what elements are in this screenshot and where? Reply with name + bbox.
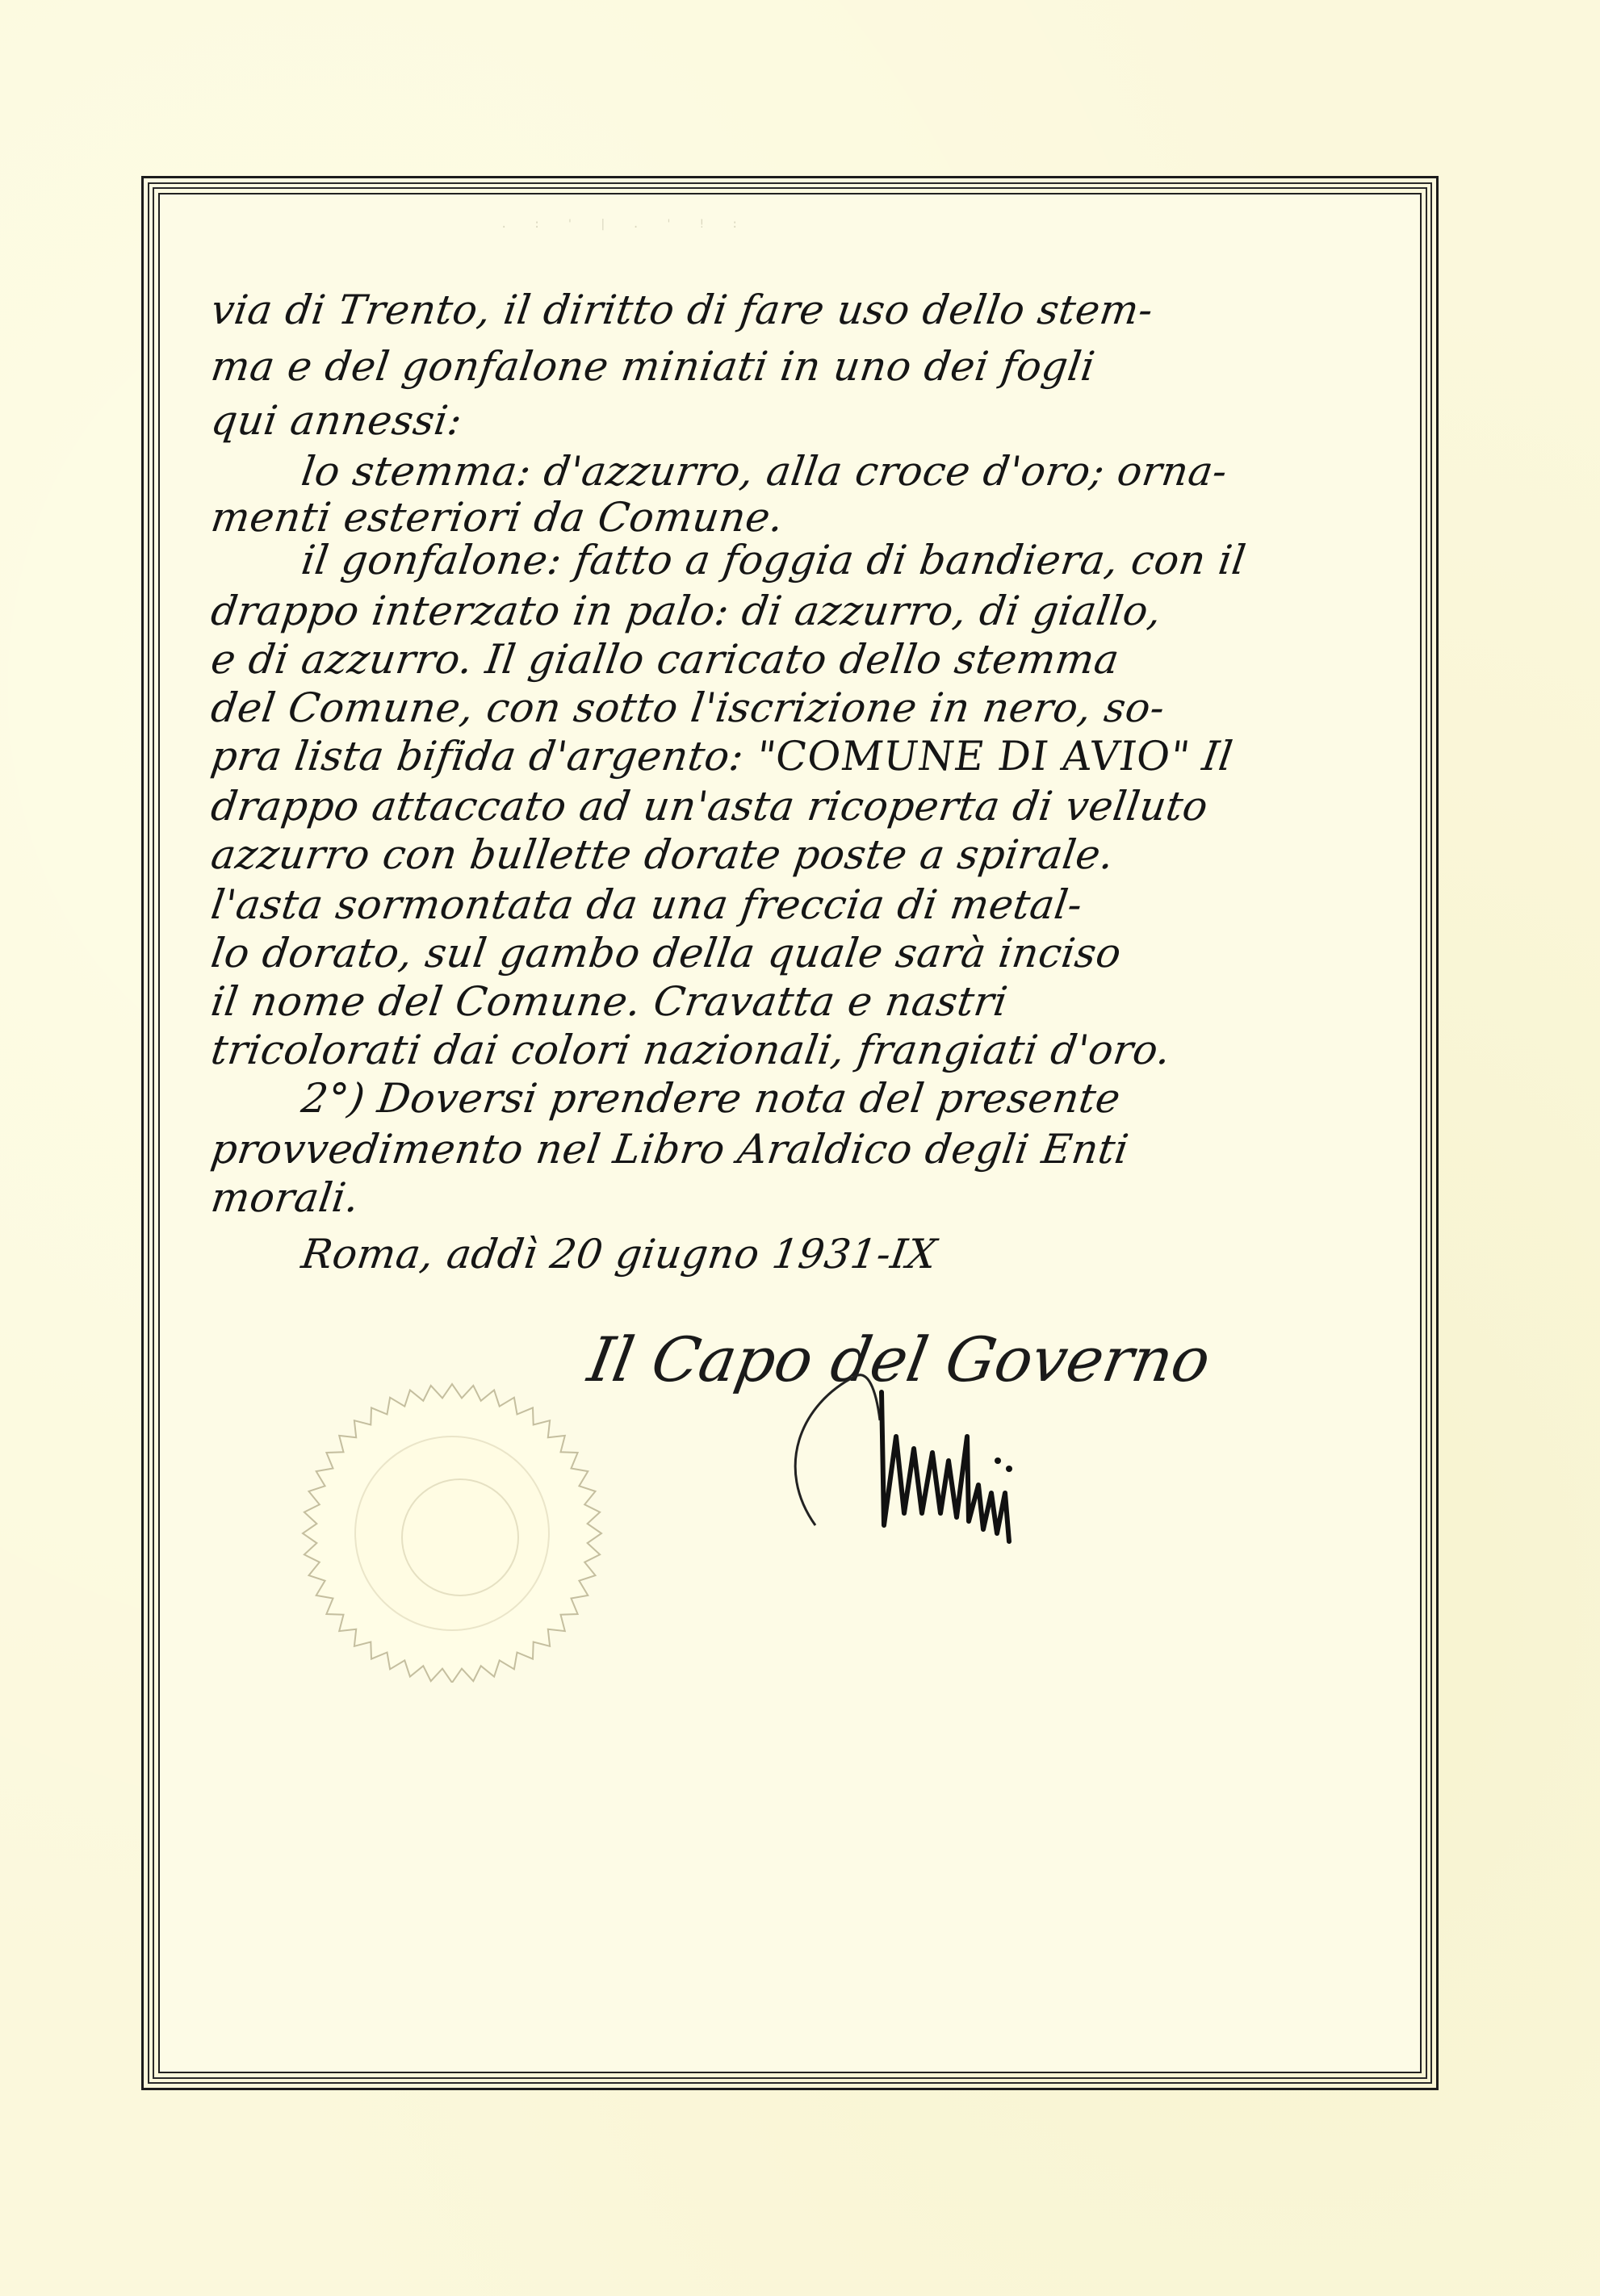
place-date: Roma, addì 20 giugno 1931-IX <box>299 1231 940 1278</box>
body-line: il nome del Comune. Cravatta e nastri <box>208 978 1011 1025</box>
body-line-article-2: 2°) Doversi prendere nota del presente <box>299 1075 1124 1122</box>
body-line: drappo interzato in palo: di azzurro, di… <box>208 588 1165 634</box>
body-line: menti esteriori da Comune. <box>208 494 786 541</box>
body-line-stemma: lo stemma: d'azzurro, alla croce d'oro; … <box>299 448 1230 495</box>
body-line-gonfalone: il gonfalone: fatto a foggia di bandiera… <box>299 537 1249 583</box>
body-line: ma e del gonfalone miniati in uno dei fo… <box>208 343 1098 390</box>
body-line: qui annessi: <box>208 397 465 444</box>
bleed-through-marks: . : ' | . ' ! : <box>501 218 759 274</box>
inscription-suffix: " Il <box>1167 733 1236 780</box>
inscription-prefix: pra lista bifida d'argento: " <box>208 733 779 780</box>
body-line: azzurro con bullette dorate poste a spir… <box>208 831 1117 878</box>
body-line: drappo attaccato ad un'asta ricoperta di… <box>208 783 1211 830</box>
body-line: via di Trento, il diritto di fare uso de… <box>208 286 1156 333</box>
embossed-seal <box>299 1376 605 1683</box>
body-line: lo dorato, sul gambo della quale sarà in… <box>208 930 1125 977</box>
body-line-inscription: pra lista bifida d'argento: "COMUNE DI A… <box>208 733 1236 780</box>
body-line: l'asta sormontata da una freccia di meta… <box>208 881 1085 928</box>
body-line: e di azzurro. Il giallo caricato dello s… <box>208 636 1122 683</box>
body-line: morali. <box>208 1174 362 1221</box>
inscription-text: COMUNE DI AVIO <box>773 733 1174 780</box>
body-line: tricolorati dai colori nazionali, frangi… <box>208 1027 1174 1073</box>
body-line: provvedimento nel Libro Araldico degli E… <box>208 1126 1132 1173</box>
handwritten-signature <box>727 1372 1146 1558</box>
body-line: del Comune, con sotto l'iscrizione in ne… <box>208 684 1168 731</box>
